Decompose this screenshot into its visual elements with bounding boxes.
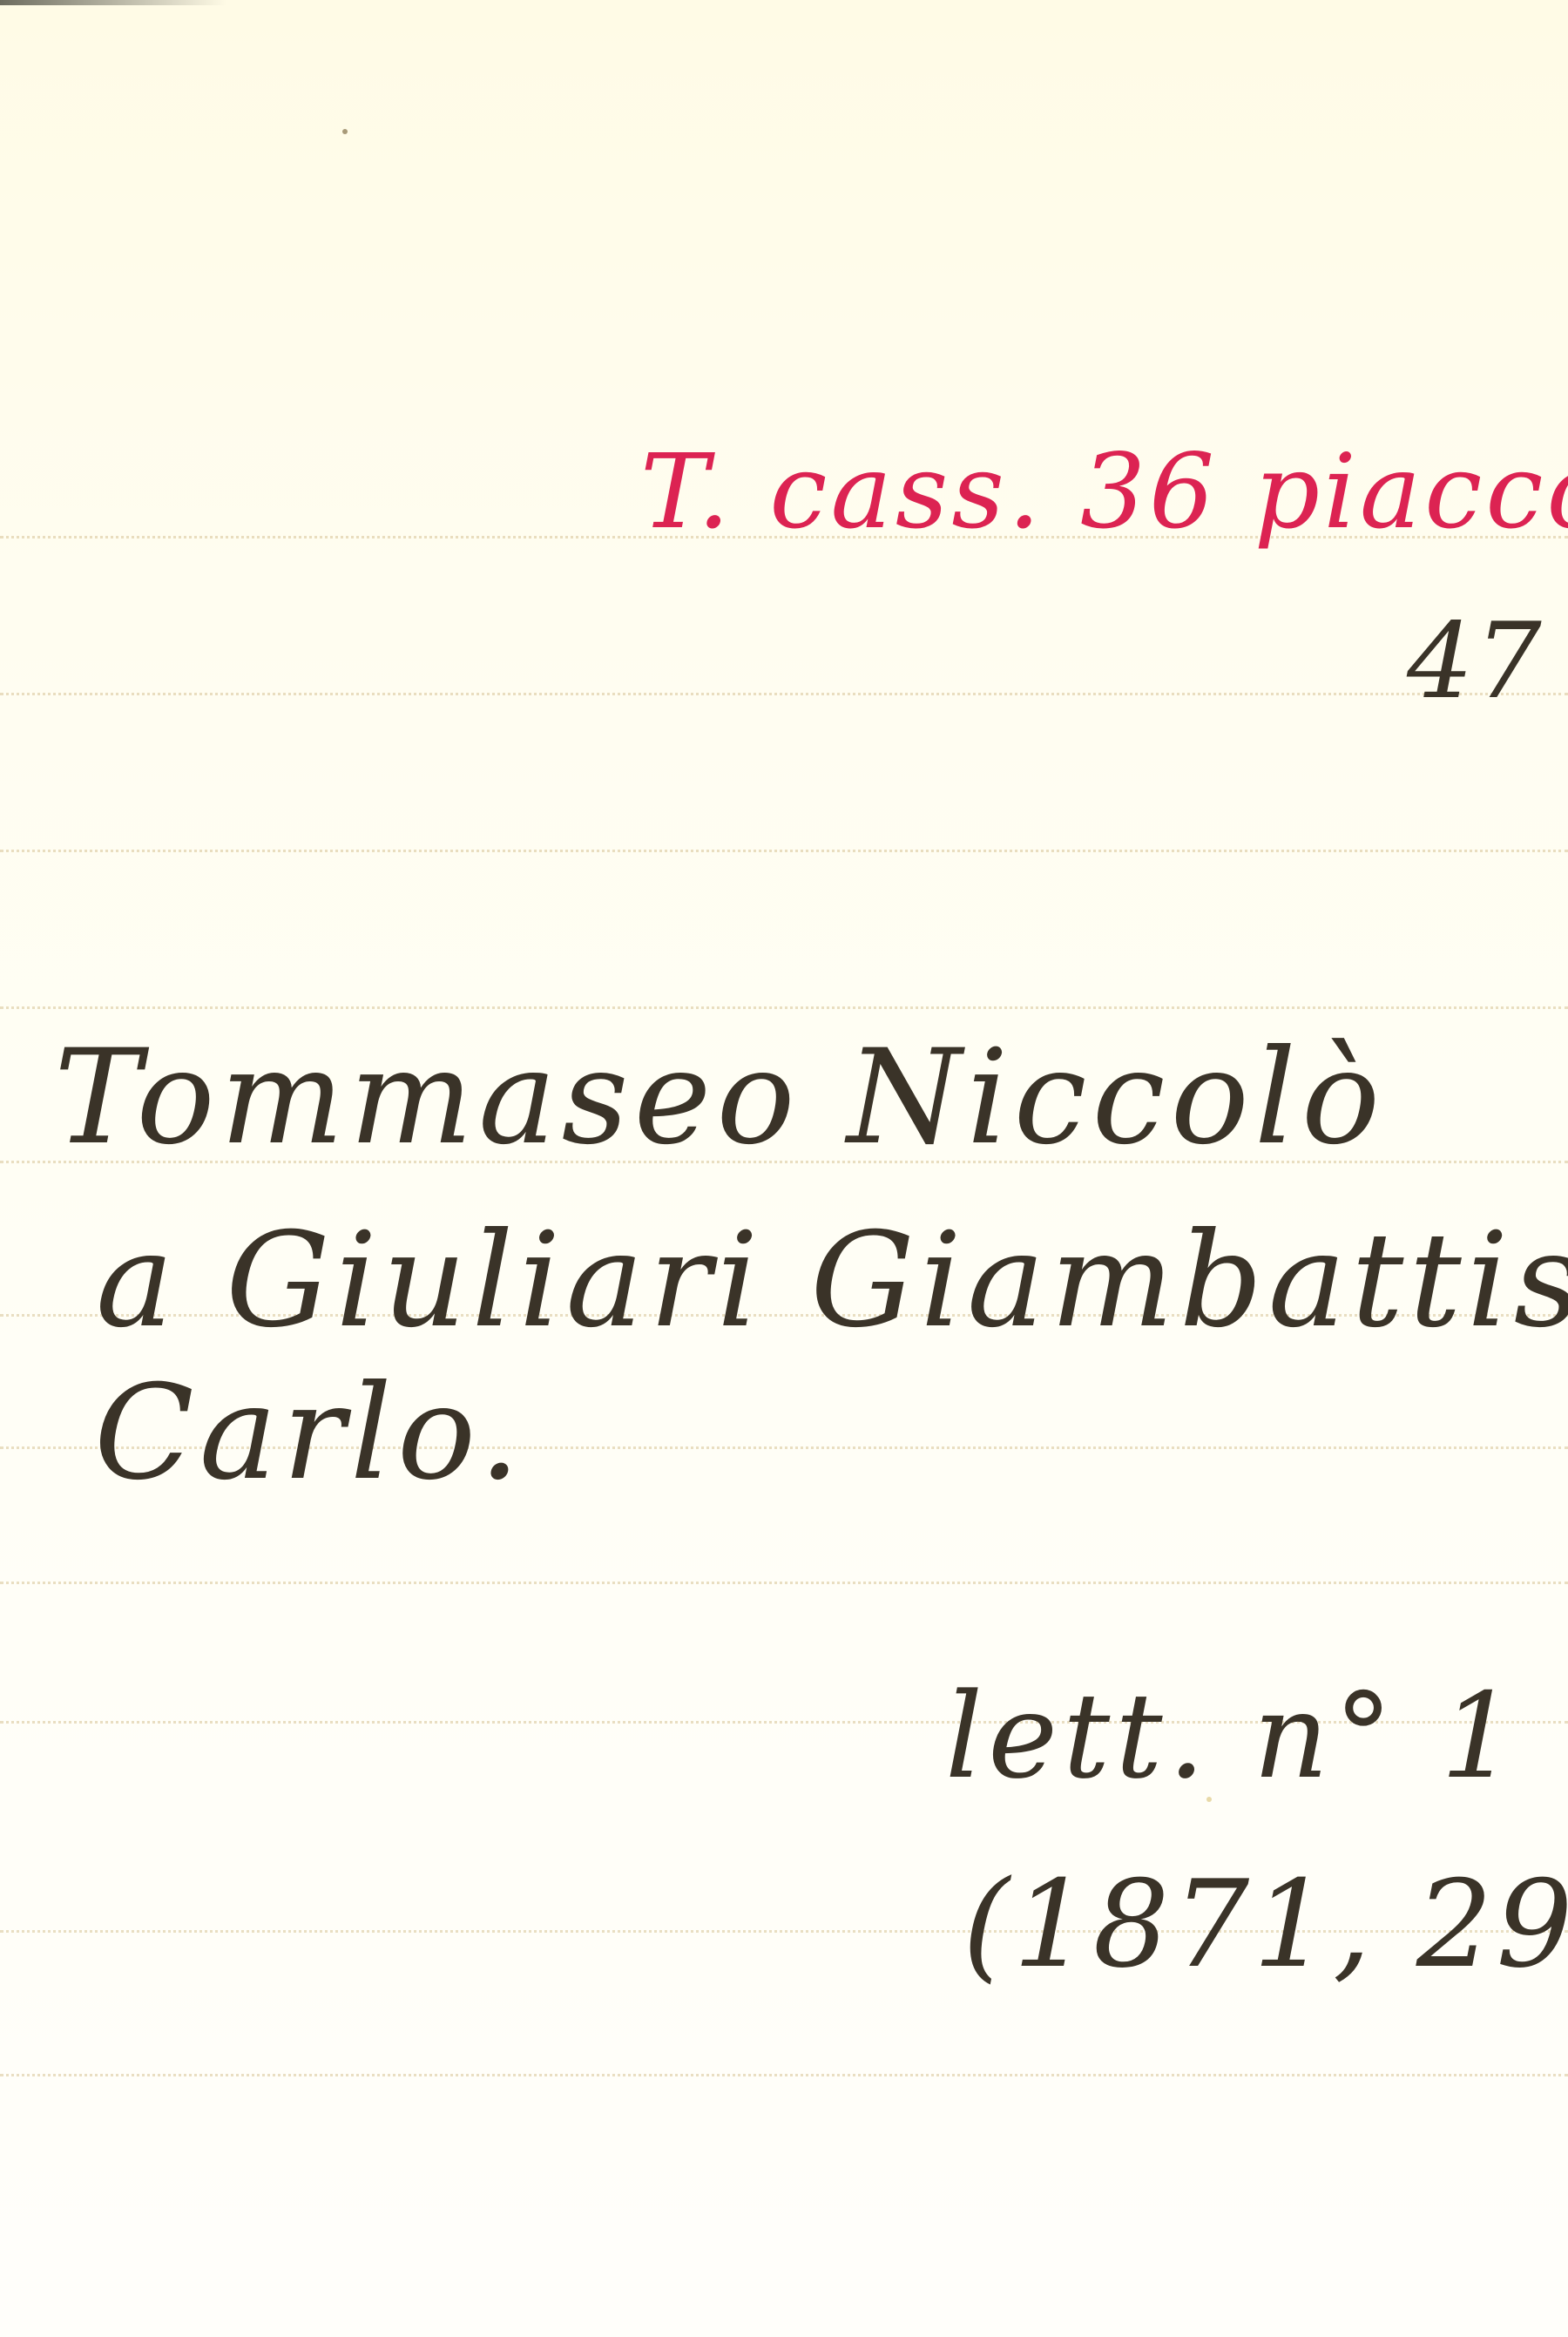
ruled-line [0,693,1568,695]
index-card: T. cass. 36 piacco 87. 47 Tommaseo Nicco… [0,0,1568,2337]
item-number: 47 [1407,610,1544,715]
ruled-line [0,2074,1568,2076]
card-edge-shadow [0,0,226,5]
ruled-line [0,850,1568,852]
letter-number: lett. n° 1 [945,1677,1521,1795]
letter-date: (1871, 29 marzo) [963,1865,1568,1985]
shelfmark: T. cass. 36 piacco 87. [640,440,1568,543]
recipient-name-continued: Carlo. [94,1368,525,1499]
paper-speck [342,129,348,134]
author-name: Tommaseo Niccolò [54,1033,1385,1163]
ruled-line [0,1006,1568,1009]
ruled-line [0,1582,1568,1584]
recipient-name: a Giuliari Giambattista [96,1216,1568,1346]
